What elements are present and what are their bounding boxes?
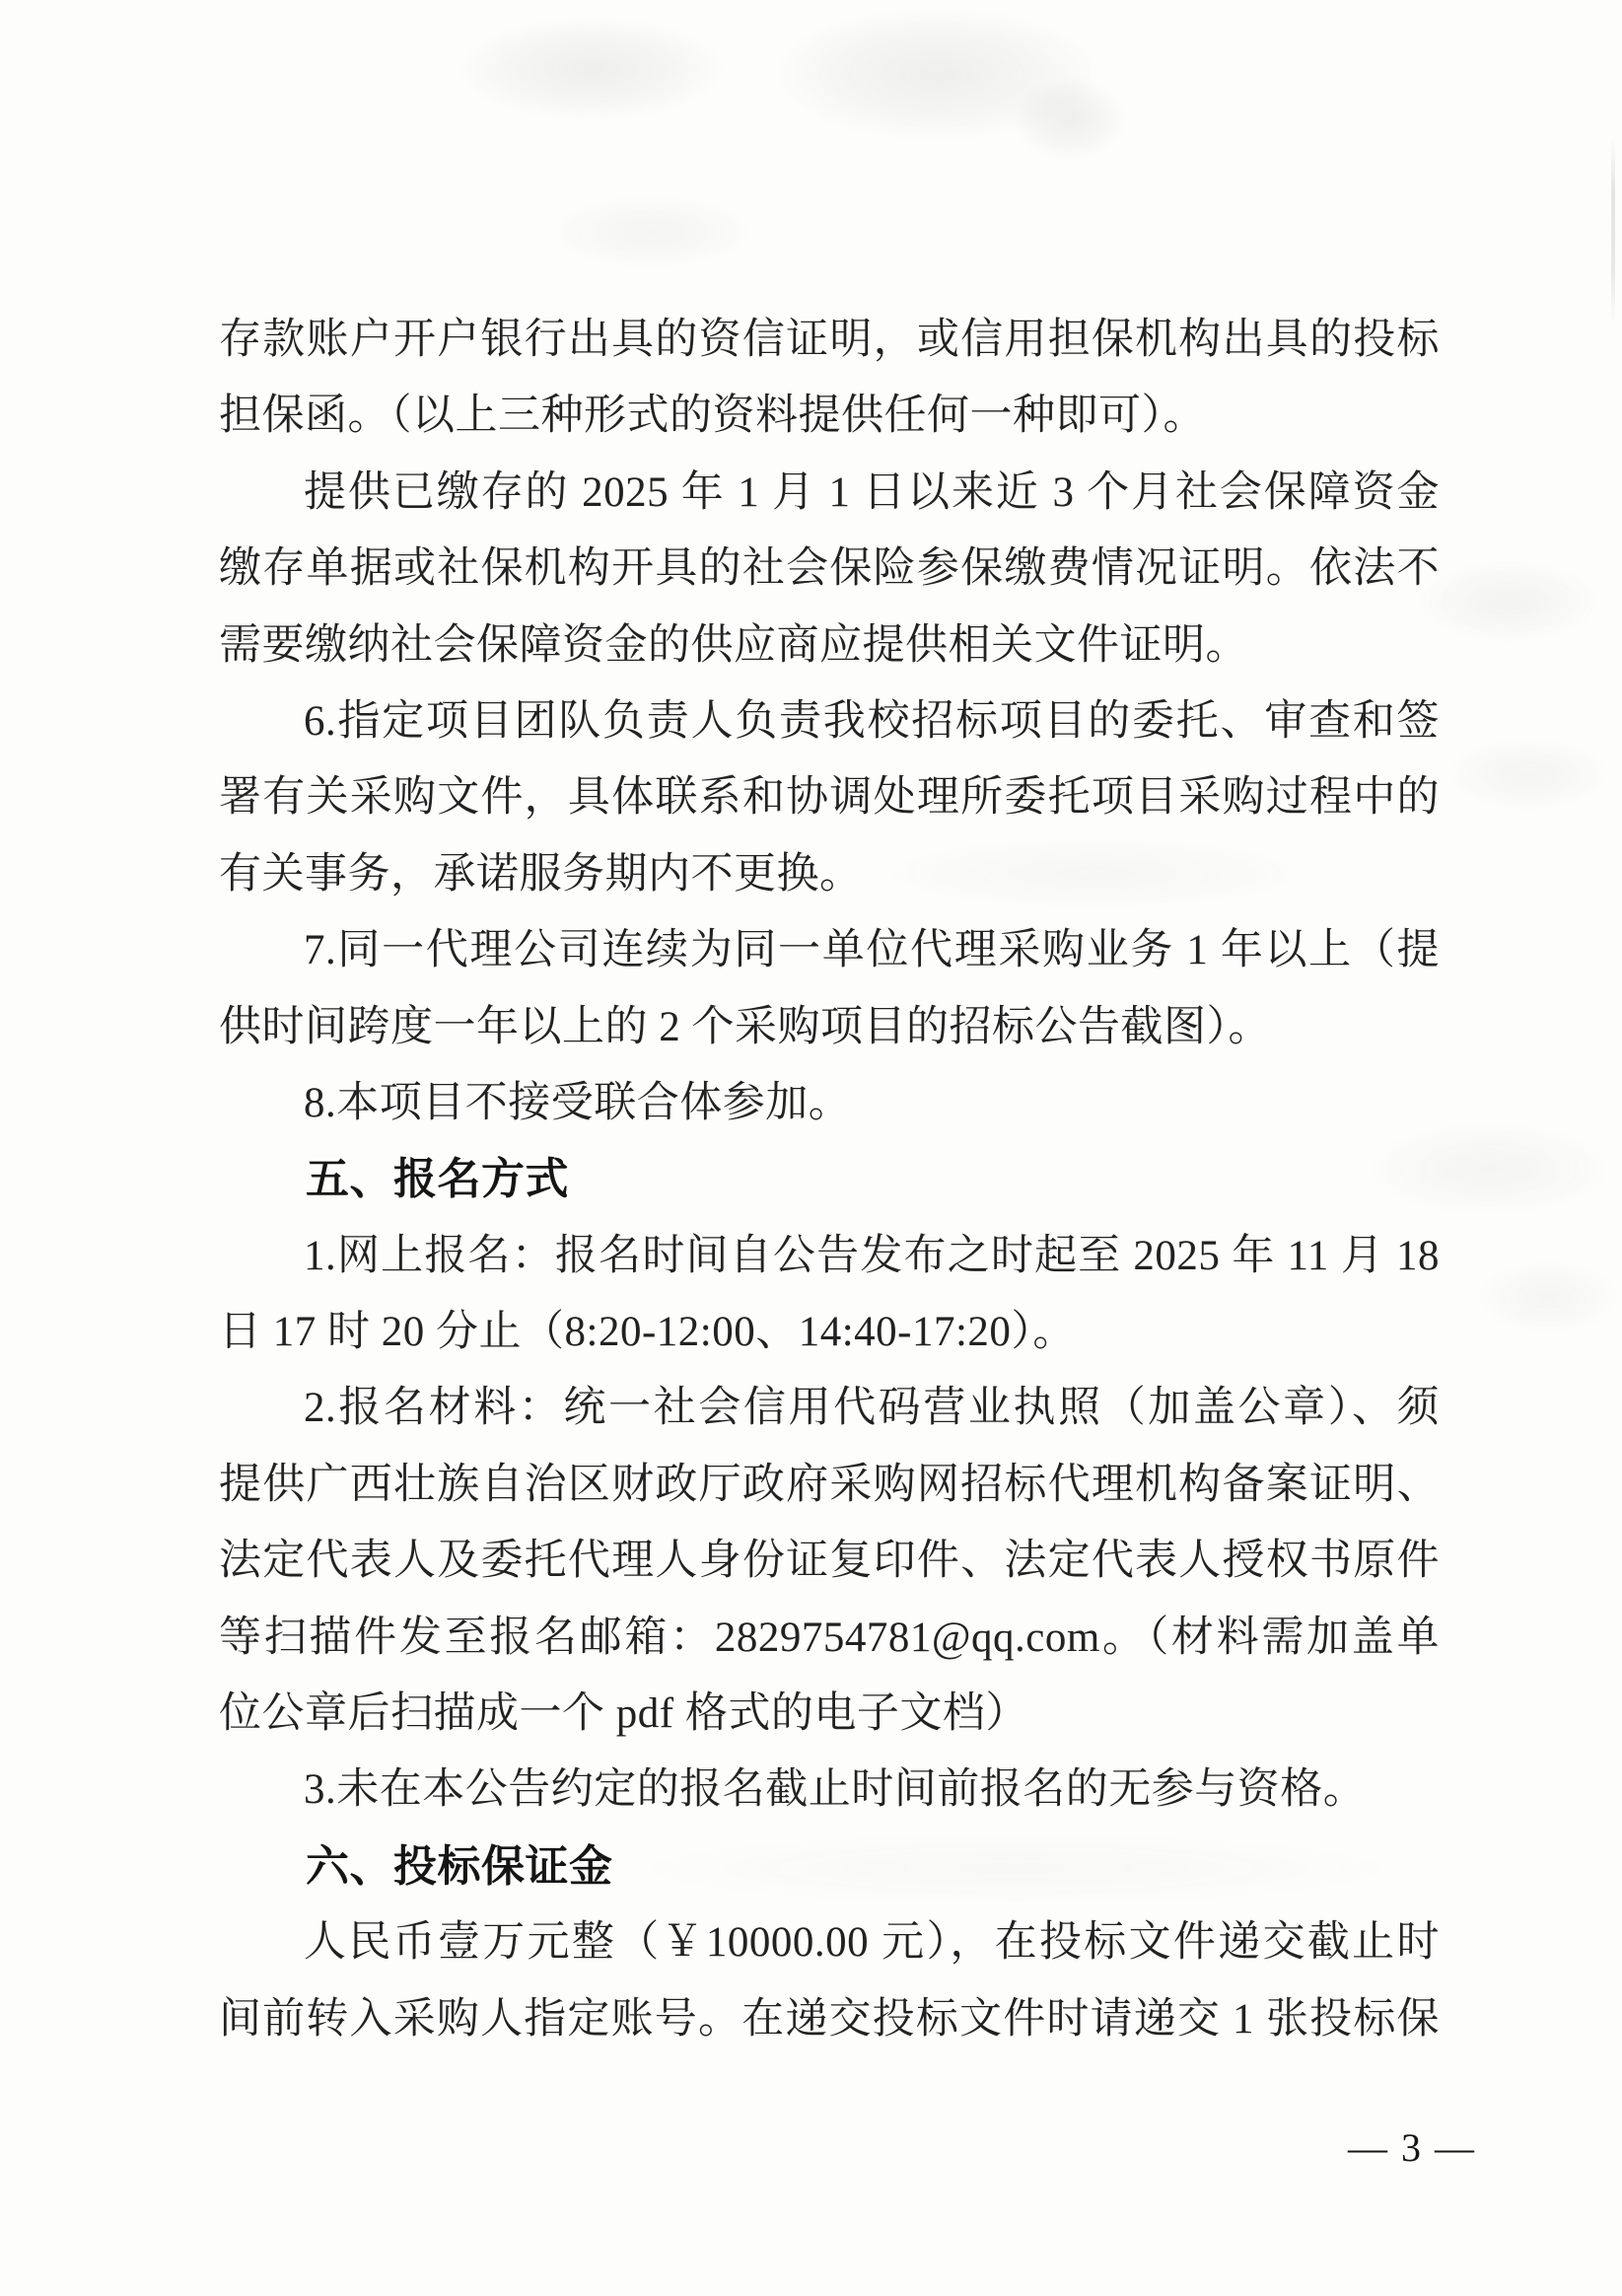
section-heading: 六、投标保证金	[219, 1829, 1440, 1904]
text-line: 法定代表人及委托代理人身份证复印件、法定代表人授权书原件	[219, 1523, 1440, 1599]
text-line: 位公章后扫描成一个 pdf 格式的电子文档）	[219, 1676, 1440, 1752]
text-line: 3.未在本公告约定的报名截止时间前报名的无参与资格。	[219, 1752, 1440, 1828]
text-line: 缴存单据或社保机构开具的社会保险参保缴费情况证明。依法不	[219, 531, 1440, 607]
section-heading: 五、报名方式	[219, 1141, 1440, 1217]
scan-smudge	[463, 20, 720, 118]
text-line: 8.本项目不接受联合体参加。	[219, 1065, 1440, 1141]
text-line: 提供广西壮族自治区财政厅政府采购网招标代理机构备案证明、	[219, 1447, 1440, 1523]
text-line: 7.同一代理公司连续为同一单位代理采购业务 1 年以上（提	[219, 912, 1440, 988]
text-line: 日 17 时 20 分止（8:20-12:00、14:40-17:20）。	[219, 1294, 1440, 1370]
scan-smudge	[1449, 740, 1607, 809]
text-line: 担保函。（以上三种形式的资料提供任何一种即可）。	[219, 378, 1440, 454]
text-line: 有关事务，承诺服务期内不更换。	[219, 836, 1440, 912]
scan-smudge	[1420, 562, 1597, 641]
text-line: 存款账户开户银行出具的资信证明，或信用担保机构出具的投标	[219, 302, 1440, 378]
text-line: 间前转入采购人指定账号。在递交投标文件时请递交 1 张投标保	[219, 1981, 1440, 2057]
scan-streak	[1611, 138, 1615, 325]
scanned-document-page: { "document": { "lines": [ {"text": "存款账…	[0, 0, 1622, 2296]
text-line: 人民币壹万元整（￥10000.00 元），在投标文件递交截止时	[219, 1904, 1440, 1980]
text-line: 1.网上报名：报名时间自公告发布之时起至 2025 年 11 月 18	[219, 1218, 1440, 1294]
text-line: 2.报名材料：统一社会信用代码营业执照（加盖公章）、须	[219, 1370, 1440, 1446]
document-body: 存款账户开户银行出具的资信证明，或信用担保机构出具的投标担保函。（以上三种形式的…	[219, 302, 1440, 2057]
text-line: 6.指定项目团队负责人负责我校招标项目的委托、审查和签	[219, 683, 1440, 759]
text-line: 供时间跨度一年以上的 2 个采购项目的招标公告截图）。	[219, 989, 1440, 1065]
text-line: 提供已缴存的 2025 年 1 月 1 日以来近 3 个月社会保障资金	[219, 455, 1440, 531]
scan-smudge	[552, 197, 749, 266]
scan-smudge	[1016, 79, 1124, 158]
scan-smudge	[779, 10, 1094, 138]
text-line: 需要缴纳社会保障资金的供应商应提供相关文件证明。	[219, 608, 1440, 683]
text-line: 等扫描件发至报名邮箱：2829754781@qq.com。（材料需加盖单	[219, 1600, 1440, 1676]
text-line: 署有关采购文件，具体联系和协调处理所委托项目采购过程中的	[219, 759, 1440, 835]
page-number: — 3 —	[1348, 2118, 1476, 2178]
scan-smudge	[1479, 1262, 1617, 1331]
